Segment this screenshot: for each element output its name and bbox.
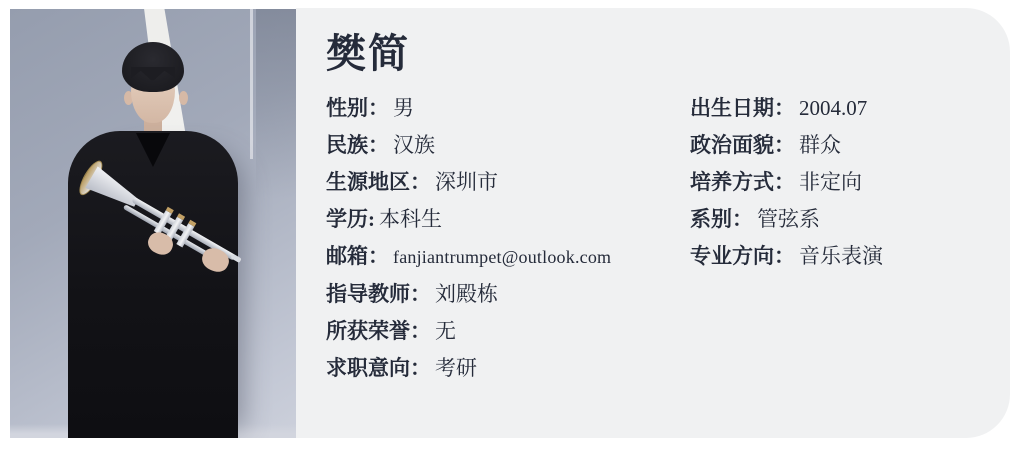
field-label: 性别： — [326, 96, 389, 120]
person-ear-right — [179, 91, 188, 105]
field-birth-date: 出生日期：2004.07 — [690, 90, 990, 127]
field-value: 管弦系 — [757, 207, 820, 231]
field-value: 考研 — [435, 356, 477, 380]
field-advisor: 指导教师：刘殿栋 — [326, 276, 690, 313]
field-value: 本科生 — [379, 207, 442, 231]
field-gender: 性别：男 — [326, 90, 690, 127]
student-name: 樊简 — [326, 32, 990, 76]
fields-column-right: 出生日期：2004.07 政治面貌：群众 培养方式：非定向 系别：管弦系 专业方… — [690, 90, 990, 387]
field-value: 非定向 — [799, 170, 862, 194]
field-label: 系别： — [690, 207, 753, 231]
field-label: 指导教师： — [326, 282, 431, 306]
info-panel: 樊简 性别：男 民族：汉族 生源地区：深圳市 学历:本科生 邮箱：fanjian… — [296, 8, 1010, 438]
field-label: 学历: — [326, 207, 375, 231]
wall-shade — [256, 9, 296, 199]
field-label: 所获荣誉： — [326, 319, 431, 343]
wall-corner-line — [250, 9, 253, 159]
field-training-mode: 培养方式：非定向 — [690, 164, 990, 201]
field-value: 深圳市 — [435, 170, 498, 194]
field-label: 生源地区： — [326, 170, 431, 194]
field-political-status: 政治面貌：群众 — [690, 127, 990, 164]
field-ethnicity: 民族：汉族 — [326, 127, 690, 164]
field-honors: 所获荣誉：无 — [326, 313, 690, 350]
field-label: 政治面貌： — [690, 133, 795, 157]
field-value: 无 — [435, 319, 456, 343]
field-department: 系别：管弦系 — [690, 201, 990, 238]
field-label: 专业方向： — [690, 244, 795, 268]
email-value: fanjiantrumpet@outlook.com — [393, 247, 611, 267]
field-education: 学历:本科生 — [326, 201, 690, 238]
field-value: 群众 — [799, 133, 841, 157]
field-value: 音乐表演 — [799, 244, 883, 268]
fields-column-left: 性别：男 民族：汉族 生源地区：深圳市 学历:本科生 邮箱：fanjiantru… — [326, 90, 690, 387]
field-label: 培养方式： — [690, 170, 795, 194]
field-origin-region: 生源地区：深圳市 — [326, 164, 690, 201]
fields-columns: 性别：男 民族：汉族 生源地区：深圳市 学历:本科生 邮箱：fanjiantru… — [326, 90, 990, 387]
profile-card: 樊简 性别：男 民族：汉族 生源地区：深圳市 学历:本科生 邮箱：fanjian… — [0, 0, 1024, 449]
field-major: 专业方向：音乐表演 — [690, 238, 990, 275]
student-photo — [10, 9, 296, 438]
field-value: 刘殿栋 — [435, 282, 498, 306]
field-career-intention: 求职意向：考研 — [326, 350, 690, 387]
field-value: 2004.07 — [799, 96, 867, 120]
field-label: 民族： — [326, 133, 389, 157]
field-value: 汉族 — [393, 133, 435, 157]
field-label: 邮箱： — [326, 244, 389, 268]
field-email: 邮箱：fanjiantrumpet@outlook.com — [326, 238, 690, 276]
field-label: 求职意向： — [326, 356, 431, 380]
field-label: 出生日期： — [690, 96, 795, 120]
field-value: 男 — [393, 96, 414, 120]
